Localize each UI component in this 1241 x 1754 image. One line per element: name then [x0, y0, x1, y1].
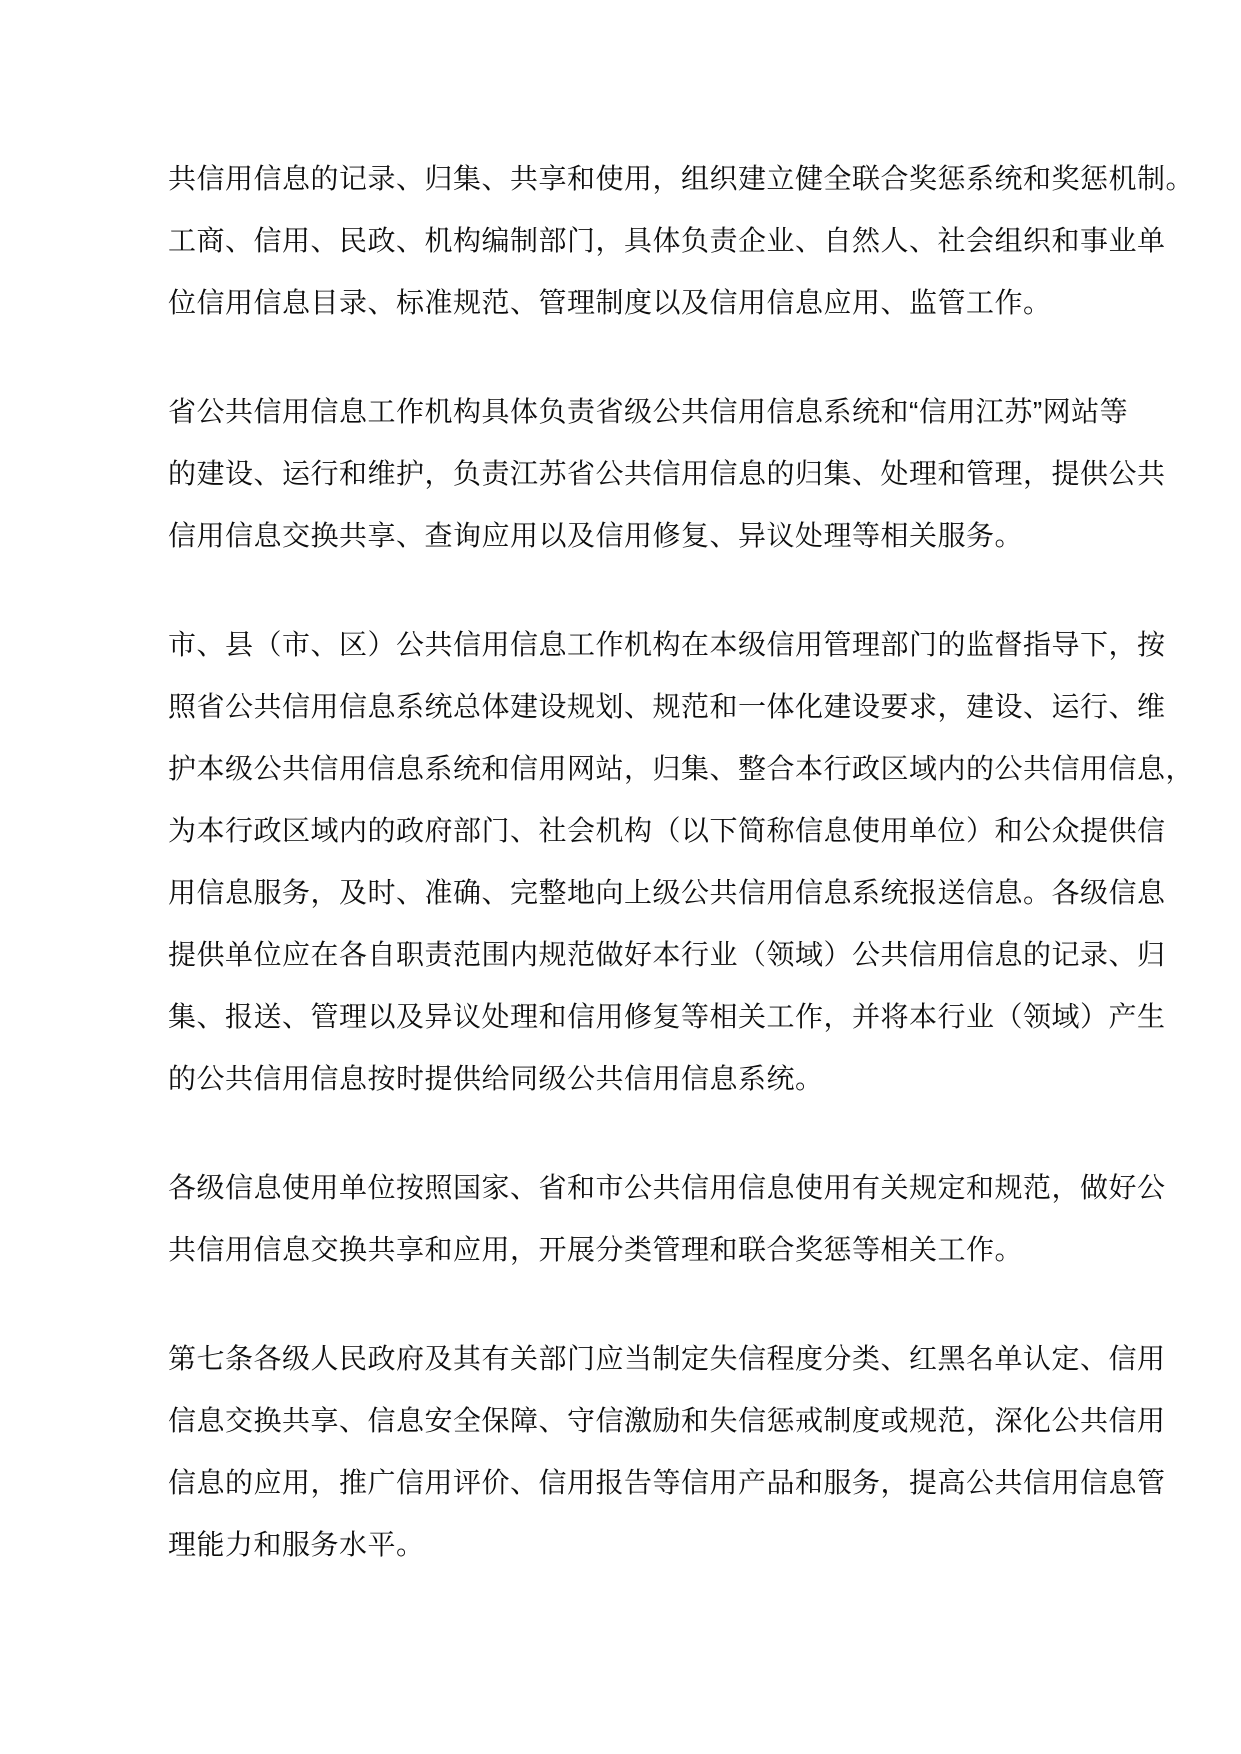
text-line: 工商、信用、民政、机构编制部门，具体负责企业、自然人、社会组织和事业单 [168, 210, 1076, 272]
paragraph-3: 市、县（市、区）公共信用信息工作机构在本级信用管理部门的监督指导下，按 照省公共… [168, 614, 1076, 1110]
text-line: 信息交换共享、信息安全保障、守信激励和失信惩戒制度或规范，深化公共信用 [168, 1390, 1076, 1452]
document-page: 共信用信息的记录、归集、共享和使用，组织建立健全联合奖惩系统和奖惩机制。 工商、… [0, 0, 1241, 1754]
text-line: 理能力和服务水平。 [168, 1514, 1076, 1576]
paragraph-4: 各级信息使用单位按照国家、省和市公共信用信息使用有关规定和规范，做好公 共信用信… [168, 1157, 1076, 1281]
text-line: 提供单位应在各自职责范围内规范做好本行业（领域）公共信用信息的记录、归 [168, 924, 1076, 986]
document-body: 共信用信息的记录、归集、共享和使用，组织建立健全联合奖惩系统和奖惩机制。 工商、… [168, 148, 1076, 1576]
paragraph-2: 省公共信用信息工作机构具体负责省级公共信用信息系统和“信用江苏”网站等 的建设、… [168, 381, 1076, 567]
text-line: 信息的应用，推广信用评价、信用报告等信用产品和服务，提高公共信用信息管 [168, 1452, 1076, 1514]
text-line: 省公共信用信息工作机构具体负责省级公共信用信息系统和“信用江苏”网站等 [168, 381, 1076, 443]
text-line: 集、报送、管理以及异议处理和信用修复等相关工作，并将本行业（领域）产生 [168, 986, 1076, 1048]
text-line: 的公共信用信息按时提供给同级公共信用信息系统。 [168, 1048, 1076, 1110]
text-line: 用信息服务，及时、准确、完整地向上级公共信用信息系统报送信息。各级信息 [168, 862, 1076, 924]
text-line: 共信用信息交换共享和应用，开展分类管理和联合奖惩等相关工作。 [168, 1219, 1076, 1281]
paragraph-5: 第七条各级人民政府及其有关部门应当制定失信程度分类、红黑名单认定、信用 信息交换… [168, 1328, 1076, 1576]
text-line: 信用信息交换共享、查询应用以及信用修复、异议处理等相关服务。 [168, 505, 1076, 567]
text-line: 第七条各级人民政府及其有关部门应当制定失信程度分类、红黑名单认定、信用 [168, 1328, 1076, 1390]
text-line: 照省公共信用信息系统总体建设规划、规范和一体化建设要求，建设、运行、维 [168, 676, 1076, 738]
paragraph-1: 共信用信息的记录、归集、共享和使用，组织建立健全联合奖惩系统和奖惩机制。 工商、… [168, 148, 1076, 334]
text-line: 为本行政区域内的政府部门、社会机构（以下简称信息使用单位）和公众提供信 [168, 800, 1076, 862]
text-line: 市、县（市、区）公共信用信息工作机构在本级信用管理部门的监督指导下，按 [168, 614, 1076, 676]
text-line: 位信用信息目录、标准规范、管理制度以及信用信息应用、监管工作。 [168, 272, 1076, 334]
text-line: 护本级公共信用信息系统和信用网站，归集、整合本行政区域内的公共信用信息， [168, 738, 1076, 800]
text-line: 各级信息使用单位按照国家、省和市公共信用信息使用有关规定和规范，做好公 [168, 1157, 1076, 1219]
text-line: 的建设、运行和维护，负责江苏省公共信用信息的归集、处理和管理，提供公共 [168, 443, 1076, 505]
text-line: 共信用信息的记录、归集、共享和使用，组织建立健全联合奖惩系统和奖惩机制。 [168, 148, 1076, 210]
